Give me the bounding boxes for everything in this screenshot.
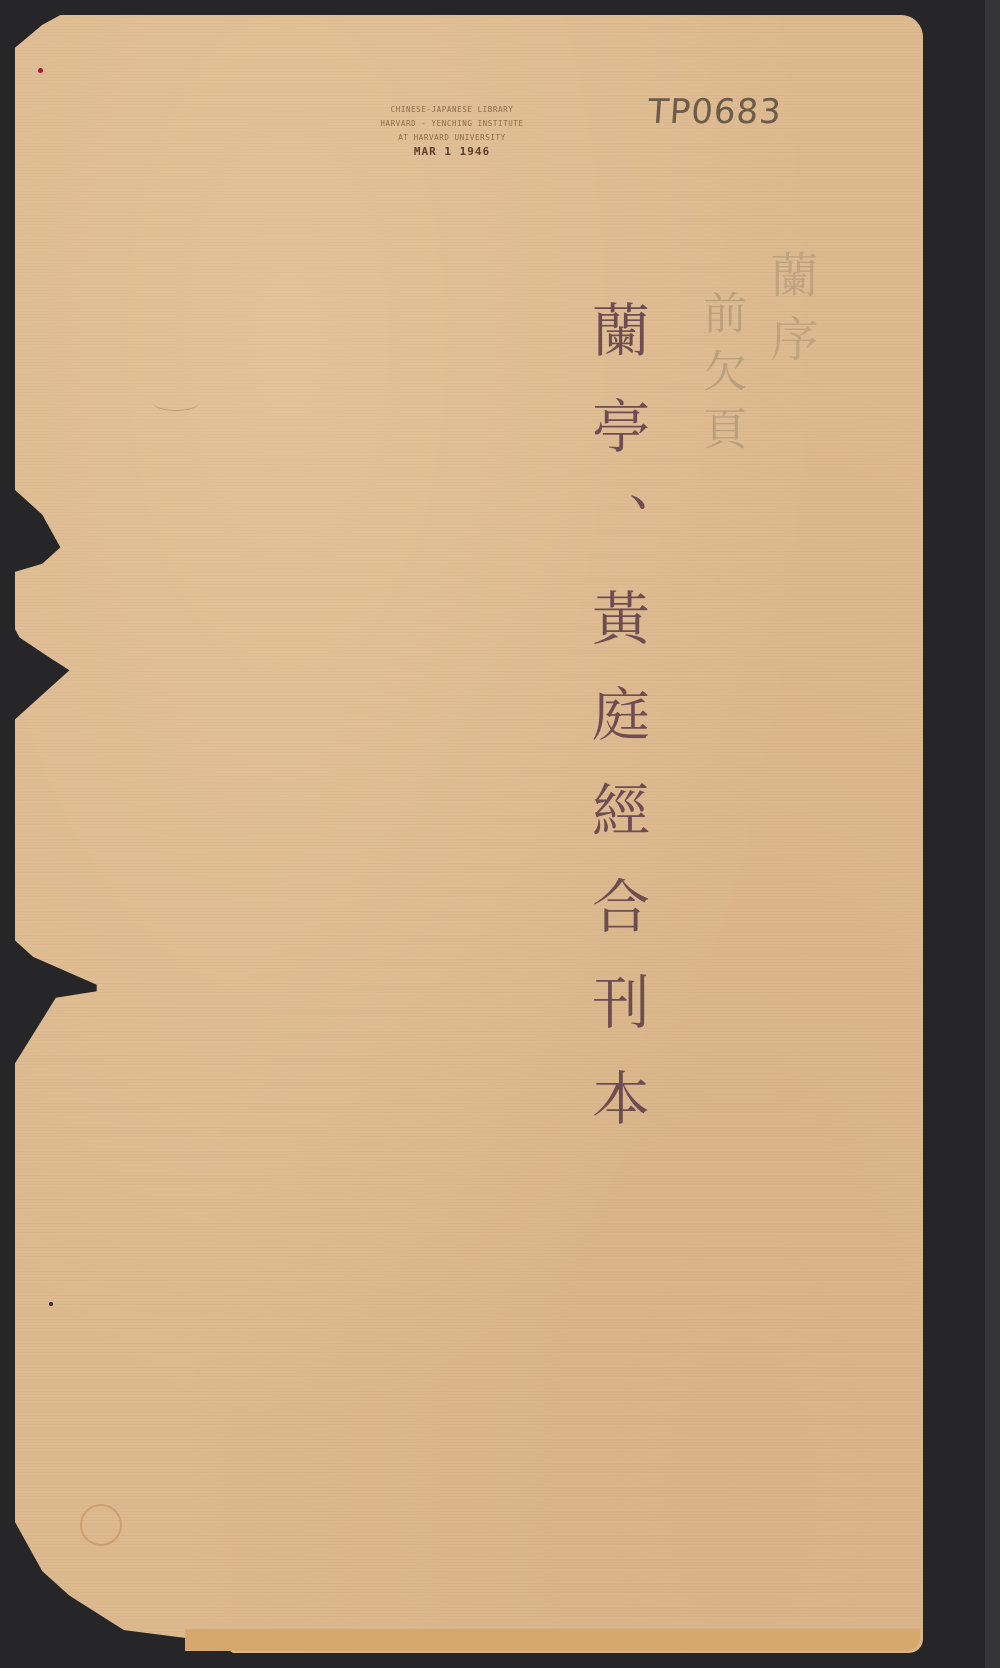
stamp-line-institute: Harvard - Yenching Institute	[352, 117, 552, 131]
pencil-scribble	[152, 392, 200, 411]
library-accession-stamp: Chinese-Japanese Library Harvard - Yench…	[352, 103, 552, 159]
stamp-line-university: at Harvard University	[352, 131, 552, 145]
red-ink-mark	[38, 68, 43, 73]
stamp-date: MAR 1 1946	[352, 145, 552, 159]
call-number: TP0683	[647, 92, 784, 132]
ink-speck	[49, 1302, 53, 1306]
stamp-line-library: Chinese-Japanese Library	[352, 103, 552, 117]
stained-bottom-edge	[185, 1629, 920, 1651]
pencil-annotation-2: 蘭序	[756, 250, 825, 378]
water-stain-ring	[80, 1504, 122, 1546]
handwritten-title: 蘭亭、黃庭經合刊本	[572, 300, 652, 1164]
scanner-edge-strip	[985, 0, 1000, 1668]
pencil-annotation-1: 前欠頁	[680, 290, 760, 464]
